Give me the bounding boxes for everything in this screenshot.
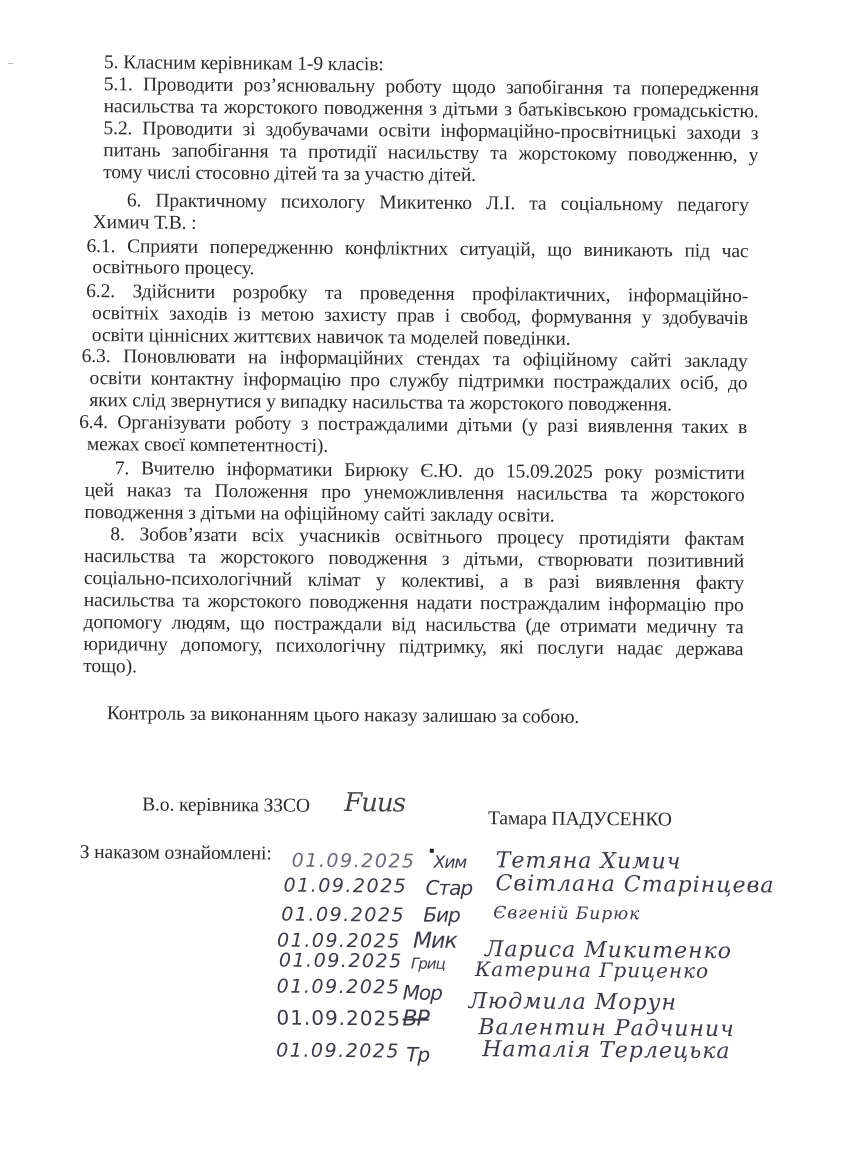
ack-entry: 01.09.2025 Стар Світлана Старінцева [0,0,850,6]
ack-date: 01.09.2025 [277,975,401,998]
acknowledgement-label: З наказом ознайомлені: [80,842,272,865]
ack-entry: 01.09.2025 Мик Лариса Микитенко [0,0,850,6]
item-6-1-line-2: освітнього процесу. [92,257,254,279]
document-body: 5. Класним керівникам 1-9 класів: 5.1. П… [0,0,850,6]
acknowledgement-section: З наказом ознайомлені: 01.09.2025 Хим Те… [0,0,850,6]
scan-margin-mark [8,63,13,64]
ack-entry: 01.09.2025 Хим Тетяна Химич [0,0,850,6]
ack-date: 01.09.2025 [283,875,407,898]
item-5-1: 5.1. Проводити роз’яснювальну роботу щод… [0,0,850,6]
ack-name: Світлана Старінцева [495,871,774,898]
item-8-line-7: тощо). [83,656,137,677]
signatory-position: В.о. керівника ЗЗСО [142,794,310,816]
item-5-2: 5.2. Проводити зі здобувачами освіти інф… [0,0,850,6]
item-6-3: 6.3. Поновлювати на інформаційних стенда… [0,0,850,6]
ack-entry: 01.09.2025 Бир Євгеній Бирюк [0,0,850,6]
scanned-document-page: 5. Класним керівникам 1-9 класів: 5.1. П… [0,0,850,1169]
ack-signature: Тр [406,1043,429,1067]
ack-entry: 01.09.2025 ВР Валентин Радчинич [0,0,850,6]
signature-block: В.о. керівника ЗЗСО Fuus Тамара ПАДУСЕНК… [0,0,850,6]
director-signature: Fuus [344,788,405,818]
item-8-line-6: юридичну допомогу, психологічну підтримк… [83,634,743,660]
ack-signature: Хим [434,853,467,873]
item-6-4: 6.4. Організувати роботу з постраждалими… [0,0,850,6]
ack-signature: Мор [403,980,442,1004]
item-5-2-line-3: тому числі стосовно дітей та за участю д… [103,162,476,186]
ack-entry: 01.09.2025 Мор Людмила Морун [0,0,850,6]
item-6-1: 6.1. Сприяти попередженню конфліктних си… [0,0,850,6]
ack-name: Людмила Морун [469,989,678,1016]
item-6-4-line-2: межах своєї компетентності). [87,434,328,457]
ack-signature: Мик [413,929,457,954]
ack-name: Наталія Терлецька [482,1037,730,1064]
signatory-name: Тамара ПАДУСЕНКО [488,808,672,830]
ack-date: 01.09.2025 [292,850,416,873]
ack-entry: 01.09.2025 Тр Наталія Терлецька [0,0,850,6]
item-7-line-3: поводження з дітьми на офіційному сайті … [84,502,554,527]
ack-date: 01.09.2025 [279,950,403,973]
ack-signature: Стар [425,876,472,900]
item-5-text: 5. Класним керівникам 1-9 класів: [104,52,384,75]
control-statement: Контроль за виконанням цього наказу зали… [107,703,579,728]
ack-signature: ВР [402,1006,429,1031]
item-6-line-2: Химич Т.В. : [93,212,197,234]
item-8: 8. Зобов’язати всіх учасників освітнього… [0,0,850,6]
item-6-line-1: 6. Практичному психологу Микитенко Л.І. … [127,190,749,216]
ack-date: 01.09.2025 [276,1005,401,1030]
item-5: 5. Класним керівникам 1-9 класів: [104,52,384,75]
ack-signature: Гриц [411,955,445,973]
ack-date: 01.09.2025 [281,904,405,927]
item-6-2: 6.2. Здійснити розробку та проведення пр… [0,0,850,6]
ack-name: Катерина Гриценко [475,957,709,983]
ack-name: Євгеній Бирюк [493,903,640,924]
item-7: 7. Вчителю інформатики Бирюку Є.Ю. до 15… [0,0,850,6]
item-6: 6. Практичному психологу Микитенко Л.І. … [0,0,850,6]
ack-signature: Бир [423,903,460,927]
ack-entry: 01.09.2025 Гриц Катерина Гриценко [0,0,850,6]
ack-date: 01.09.2025 [276,1039,400,1062]
